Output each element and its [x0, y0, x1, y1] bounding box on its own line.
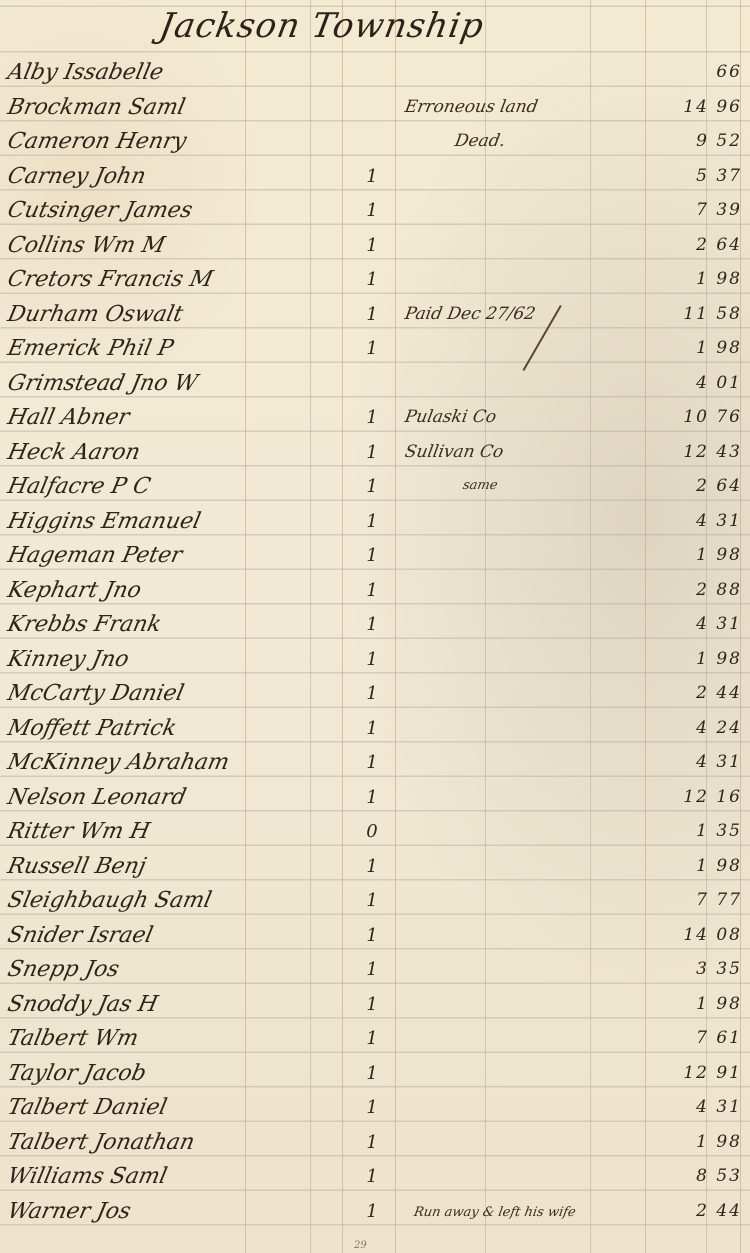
taxpayer-name: Russell Benj [5, 854, 148, 879]
ledger-row: Taylor Jacob112 91 [0, 1057, 750, 1092]
tax-amount: 1 98 [662, 269, 742, 289]
taxpayer-name: Cutsinger James [5, 198, 194, 223]
ledger-row: Alby Issabelle66 [0, 56, 750, 91]
poll-count: 1 [362, 304, 382, 325]
remark: Pulaski Co [403, 407, 498, 427]
tax-amount: 4 01 [662, 373, 742, 393]
taxpayer-name: Durham Oswalt [5, 302, 185, 327]
taxpayer-name: Snider Israel [5, 923, 155, 948]
taxpayer-name: Brockman Saml [5, 95, 187, 120]
remark: Sullivan Co [403, 442, 505, 462]
poll-count: 1 [362, 718, 382, 739]
ledger-row: Russell Benj11 98 [0, 850, 750, 885]
tax-amount: 1 98 [662, 649, 742, 669]
taxpayer-name: Cameron Henry [5, 129, 188, 154]
poll-count: 1 [362, 235, 382, 256]
ledger-row: Snoddy Jas H11 98 [0, 988, 750, 1023]
taxpayer-name: Talbert Jonathan [5, 1130, 197, 1155]
poll-count: 1 [362, 269, 382, 290]
ledger-row: Kephart Jno12 88 [0, 574, 750, 609]
ledger-row: Talbert Jonathan11 98 [0, 1126, 750, 1161]
tax-amount: 1 35 [662, 821, 742, 841]
poll-count: 1 [362, 856, 382, 877]
ledger-row: Sleighbaugh Saml17 77 [0, 884, 750, 919]
taxpayer-name: Talbert Daniel [5, 1095, 169, 1120]
poll-count: 1 [362, 511, 382, 532]
tax-amount: 7 39 [662, 200, 742, 220]
poll-count: 1 [362, 338, 382, 359]
taxpayer-name: Snepp Jos [5, 957, 121, 982]
poll-count: 1 [362, 580, 382, 601]
poll-count: 1 [362, 1166, 382, 1187]
ledger-row: Cretors Francis M11 98 [0, 263, 750, 298]
tax-amount: 10 76 [662, 407, 742, 427]
tax-amount: 1 98 [662, 338, 742, 358]
taxpayer-name: Heck Aaron [5, 440, 142, 465]
tax-amount: 4 24 [662, 718, 742, 738]
remark: Erroneous land [403, 97, 539, 117]
taxpayer-name: Hageman Peter [5, 543, 184, 568]
tax-amount: 66 [662, 62, 742, 82]
taxpayer-name: Snoddy Jas H [5, 992, 160, 1017]
taxpayer-name: Nelson Leonard [5, 785, 188, 810]
tax-amount: 4 31 [662, 511, 742, 531]
taxpayer-name: Carney John [5, 164, 148, 189]
ledger-row: Warner Jos1Run away & left his wife2 44 [0, 1195, 750, 1230]
tax-amount: 7 61 [662, 1028, 742, 1048]
tax-amount: 14 96 [662, 97, 742, 117]
ledger-row: Halfacre P C1same2 64 [0, 470, 750, 505]
taxpayer-name: Moffett Patrick [5, 716, 178, 741]
poll-count: 1 [362, 752, 382, 773]
poll-count: 1 [362, 1097, 382, 1118]
tax-amount: 3 35 [662, 959, 742, 979]
taxpayer-name: Alby Issabelle [5, 60, 165, 85]
taxpayer-name: Talbert Wm [5, 1026, 140, 1051]
poll-count: 1 [362, 200, 382, 221]
tax-amount: 4 31 [662, 1097, 742, 1117]
tax-amount: 12 43 [662, 442, 742, 462]
tax-amount: 1 98 [662, 994, 742, 1014]
tax-amount: 4 31 [662, 614, 742, 634]
tax-amount: 5 37 [662, 166, 742, 186]
ledger-row: Heck Aaron1Sullivan Co12 43 [0, 436, 750, 471]
poll-count: 1 [362, 649, 382, 670]
poll-count: 1 [362, 1201, 382, 1222]
tax-amount: 12 16 [662, 787, 742, 807]
poll-count: 1 [362, 1063, 382, 1084]
tax-amount: 8 53 [662, 1166, 742, 1186]
tax-amount: 12 91 [662, 1063, 742, 1083]
tax-amount: 2 88 [662, 580, 742, 600]
taxpayer-name: Krebbs Frank [5, 612, 163, 637]
taxpayer-name: Warner Jos [5, 1199, 133, 1224]
poll-count: 1 [362, 442, 382, 463]
ledger-row: McKinney Abraham14 31 [0, 746, 750, 781]
ledger-row: Snider Israel114 08 [0, 919, 750, 954]
remark: same [462, 478, 499, 493]
ledger-row: Krebbs Frank14 31 [0, 608, 750, 643]
tax-amount: 2 44 [662, 683, 742, 703]
ledger-row: Emerick Phil P11 98 [0, 332, 750, 367]
taxpayer-name: Emerick Phil P [5, 336, 175, 361]
tax-amount: 7 77 [662, 890, 742, 910]
taxpayer-name: Halfacre P C [5, 474, 152, 499]
taxpayer-name: Ritter Wm H [5, 819, 152, 844]
ledger-row: Collins Wm M12 64 [0, 229, 750, 264]
poll-count: 1 [362, 1132, 382, 1153]
tax-amount: 11 58 [662, 304, 742, 324]
poll-count: 1 [362, 787, 382, 808]
page-number: 29 [354, 1240, 367, 1251]
poll-count: 1 [362, 476, 382, 497]
poll-count: 1 [362, 545, 382, 566]
taxpayer-name: Cretors Francis M [5, 267, 215, 292]
tax-amount: 14 08 [662, 925, 742, 945]
ledger-row: Cutsinger James17 39 [0, 194, 750, 229]
ledger-row: Ritter Wm H01 35 [0, 815, 750, 850]
ledger-row: Hall Abner1Pulaski Co10 76 [0, 401, 750, 436]
tax-amount: 4 31 [662, 752, 742, 772]
tax-amount: 1 98 [662, 545, 742, 565]
taxpayer-name: Williams Saml [5, 1164, 169, 1189]
ledger-row: Cameron HenryDead.9 52 [0, 125, 750, 160]
ledger-row: Nelson Leonard112 16 [0, 781, 750, 816]
poll-count: 1 [362, 407, 382, 428]
ledger-page: Jackson Township Alby Issabelle66Brockma… [0, 0, 750, 1253]
remark: Paid Dec 27/62 [403, 304, 537, 324]
ledger-row: Snepp Jos13 35 [0, 953, 750, 988]
poll-count: 1 [362, 1028, 382, 1049]
poll-count: 1 [362, 925, 382, 946]
taxpayer-name: Sleighbaugh Saml [5, 888, 213, 913]
ledger-row: Brockman SamlErroneous land14 96 [0, 91, 750, 126]
page-title: Jackson Township [156, 6, 487, 46]
taxpayer-name: Higgins Emanuel [5, 509, 203, 534]
taxpayer-name: Collins Wm M [5, 233, 167, 258]
ledger-row: Grimstead Jno W4 01 [0, 367, 750, 402]
poll-count: 1 [362, 994, 382, 1015]
ledger-row: Talbert Wm17 61 [0, 1022, 750, 1057]
tax-amount: 2 44 [662, 1201, 742, 1221]
poll-count: 1 [362, 683, 382, 704]
ledger-row: Talbert Daniel14 31 [0, 1091, 750, 1126]
taxpayer-name: McKinney Abraham [5, 750, 231, 775]
taxpayer-name: Hall Abner [5, 405, 131, 430]
taxpayer-name: Kephart Jno [5, 578, 143, 603]
ledger-row: McCarty Daniel12 44 [0, 677, 750, 712]
tax-amount: 1 98 [662, 1132, 742, 1152]
ledger-row: Durham Oswalt1Paid Dec 27/6211 58 [0, 298, 750, 333]
poll-count: 0 [362, 821, 382, 842]
poll-count: 1 [362, 166, 382, 187]
tax-amount: 2 64 [662, 476, 742, 496]
ledger-row: Williams Saml18 53 [0, 1160, 750, 1195]
poll-count: 1 [362, 614, 382, 635]
taxpayer-name: Grimstead Jno W [5, 371, 199, 396]
ledger-row: Kinney Jno11 98 [0, 643, 750, 678]
remark: Run away & left his wife [413, 1205, 577, 1220]
tax-amount: 1 98 [662, 856, 742, 876]
taxpayer-name: McCarty Daniel [5, 681, 186, 706]
taxpayer-name: Kinney Jno [5, 647, 131, 672]
ledger-row: Higgins Emanuel14 31 [0, 505, 750, 540]
tax-amount: 2 64 [662, 235, 742, 255]
ledger-row: Carney John15 37 [0, 160, 750, 195]
poll-count: 1 [362, 959, 382, 980]
tax-amount: 9 52 [662, 131, 742, 151]
poll-count: 1 [362, 890, 382, 911]
ledger-row: Hageman Peter11 98 [0, 539, 750, 574]
remark: Dead. [453, 131, 507, 151]
ledger-row: Moffett Patrick14 24 [0, 712, 750, 747]
taxpayer-name: Taylor Jacob [5, 1061, 148, 1086]
